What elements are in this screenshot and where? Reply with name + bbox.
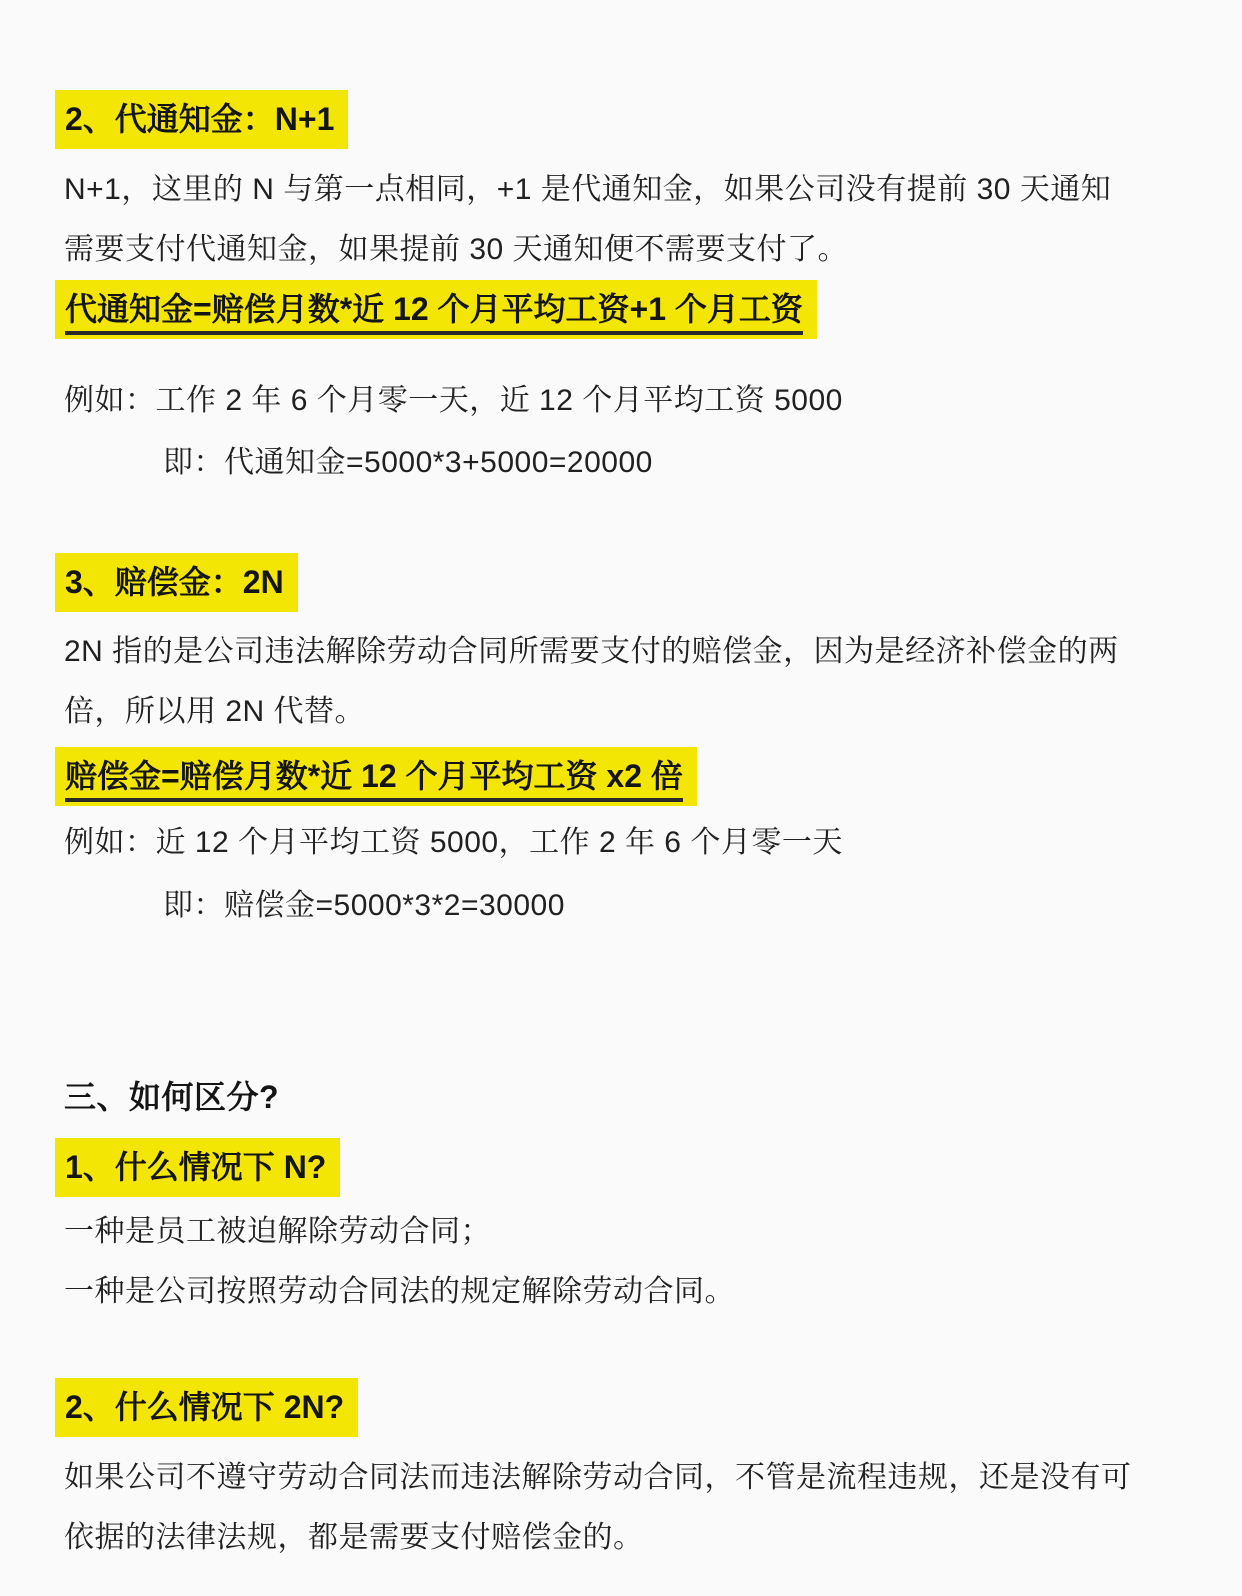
section2-body-line1: N+1，这里的 N 与第一点相同，+1 是代通知金，如果公司没有提前 30 天通… [64, 170, 1111, 211]
part3-q1-line2: 一种是公司按照劳动合同法的规定解除劳动合同。 [64, 1272, 735, 1313]
section3-body-line2: 倍，所以用 2N 代替。 [64, 692, 365, 733]
section2-heading-highlight: 2、代通知金：N+1 [55, 90, 348, 149]
section2-example-line2: 即：代通知金=5000*3+5000=20000 [163, 443, 653, 484]
part3-heading: 三、如何区分? [64, 1076, 279, 1119]
section3-heading: 3、赔偿金：2N [55, 553, 298, 612]
section3-formula-text: 赔偿金=赔偿月数*近 12 个月平均工资 x2 倍 [65, 758, 683, 802]
section2-heading: 2、代通知金：N+1 [55, 90, 348, 149]
section3-formula-highlight: 赔偿金=赔偿月数*近 12 个月平均工资 x2 倍 [55, 747, 697, 806]
section3-example-line1: 例如：近 12 个月平均工资 5000，工作 2 年 6 个月零一天 [64, 823, 843, 864]
part3-q2-heading: 2、什么情况下 2N? [55, 1378, 358, 1437]
section2-formula-text: 代通知金=赔偿月数*近 12 个月平均工资+1 个月工资 [65, 291, 803, 335]
document-page: 2、代通知金：N+1 N+1，这里的 N 与第一点相同，+1 是代通知金，如果公… [0, 0, 1242, 1596]
part3-q1-line1: 一种是员工被迫解除劳动合同； [64, 1212, 491, 1253]
section3-heading-highlight: 3、赔偿金：2N [55, 553, 298, 612]
section3-body-line1: 2N 指的是公司违法解除劳动合同所需要支付的赔偿金，因为是经济补偿金的两 [64, 632, 1119, 673]
section3-example-line2: 即：赔偿金=5000*3*2=30000 [163, 886, 565, 927]
section2-example-line1: 例如：工作 2 年 6 个月零一天，近 12 个月平均工资 5000 [64, 381, 843, 422]
section2-formula: 代通知金=赔偿月数*近 12 个月平均工资+1 个月工资 [55, 280, 817, 339]
part3-q1-heading: 1、什么情况下 N? [55, 1138, 340, 1197]
section3-formula: 赔偿金=赔偿月数*近 12 个月平均工资 x2 倍 [55, 747, 697, 806]
part3-q1-heading-highlight: 1、什么情况下 N? [55, 1138, 340, 1197]
part3-q2-line2: 依据的法律法规，都是需要支付赔偿金的。 [64, 1518, 644, 1559]
part3-q2-line1: 如果公司不遵守劳动合同法而违法解除劳动合同，不管是流程违规，还是没有可 [64, 1458, 1132, 1499]
part3-q2-heading-highlight: 2、什么情况下 2N? [55, 1378, 358, 1437]
section2-formula-highlight: 代通知金=赔偿月数*近 12 个月平均工资+1 个月工资 [55, 280, 817, 339]
section2-body-line2: 需要支付代通知金，如果提前 30 天通知便不需要支付了。 [64, 230, 848, 271]
